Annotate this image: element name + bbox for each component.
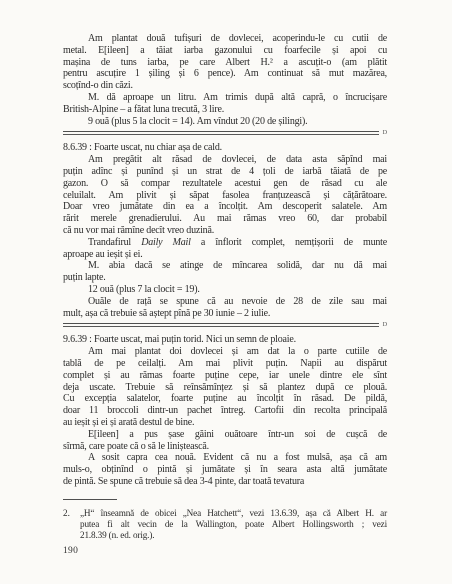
text-span: 8.6.39 : Foarte uscat, nu chiar așa de c… (63, 142, 222, 153)
section-divider: D (63, 130, 387, 136)
text-line: 2.„H“ înseamnă de obicei „Nea Hatchett“,… (80, 508, 387, 519)
text-span: doar 11 broccoli dintr-un pachet întreg.… (63, 405, 387, 416)
entry-heading: 8.6.39 : Foarte uscat, nu chiar așa de c… (63, 142, 387, 154)
divider-mark: D (383, 322, 388, 328)
section-divider: D (63, 322, 387, 328)
text-line: complet și au rămas foarte puține cepe, … (63, 370, 387, 382)
text-span: au ieșit și ei și arată destul de bine. (63, 417, 194, 428)
text-line: tablă de pe ceilalți. Am mai plivit puți… (63, 358, 387, 370)
page-number: 190 (63, 546, 78, 556)
text-line: Trandafirul Daily Mail a înflorit comple… (63, 237, 387, 249)
text-line: Am plantat două tufișuri de dovlecei, ac… (63, 33, 387, 45)
text-span: rărit merele grenadierului. Au mai rămas… (63, 213, 387, 224)
divider-line (63, 131, 379, 135)
text-span: deja uscate. Trebuie să reînsămînțez și … (63, 382, 387, 393)
text-line: că nu vor mai rămîne decît vreo duzină. (63, 225, 387, 237)
text-line: M. abia dacă se atinge de mîncarea solid… (63, 260, 387, 272)
text-line: celuilalt. Am plivit și săpat fasolea fr… (63, 190, 387, 202)
text-line: Ouăle de rață se spune că au nevoie de 2… (63, 296, 387, 308)
text-span: muls-o, obținînd o pintă și jumătate și … (63, 464, 387, 475)
text-line: gazon. O să compar rezultatele acestui g… (63, 178, 387, 190)
text-span: de pintă. Se spune că trebuie să dea 3-4… (63, 476, 304, 487)
italic-text: Daily Mail (141, 237, 191, 248)
text-line: putea fi alt vecin de la Wallington, poa… (80, 519, 387, 530)
text-line: de pintă. Se spune că trebuie să dea 3-4… (63, 476, 387, 488)
paragraph: A sosit capra cea nouă. Evident că nu a … (63, 452, 387, 487)
text-line: puțin lapte. (63, 272, 387, 284)
text-span: M. abia dacă se atinge de mîncarea solid… (88, 260, 387, 271)
text-span: Am mai plantat doi dovlecei și am dat la… (88, 346, 387, 357)
text-line: pentru ascuțire 1 șiling și 6 pence). Am… (63, 68, 387, 80)
text-line: 9.6.39 : Foarte uscat, mai puțin torid. … (63, 334, 387, 346)
text-line: Am mai plantat doi dovlecei și am dat la… (63, 346, 387, 358)
text-line: aproape au ieșit și ei. (63, 249, 387, 261)
divider-mark: D (383, 130, 388, 136)
text-span: 9.6.39 : Foarte uscat, mai puțin torid. … (63, 334, 296, 345)
footnote-number: 2. (63, 508, 70, 519)
text-line: sîrmă, care poate că o să le liniștească… (63, 441, 387, 453)
paragraph: M. dă aproape un litru. Am trimis după a… (63, 92, 387, 116)
text-span: că nu vor mai rămîne decît vreo duzină. (63, 225, 214, 236)
text-span: 12 ouă (plus 7 la clocit = 19). (88, 284, 200, 295)
text-line: rărit merele grenadierului. Au mai rămas… (63, 213, 387, 225)
text-span: scoțînd-o din căzi. (63, 80, 133, 91)
text-line: E[ileen] a pus șase găini ouătoare într-… (63, 429, 387, 441)
text-span: metal. E[ileen] a tăiat iarba gazonului … (63, 45, 387, 56)
text-line: muls-o, obținînd o pintă și jumătate și … (63, 464, 387, 476)
text-span: M. dă aproape un litru. Am trimis după a… (88, 92, 387, 103)
text-line: puțin adînc și punînd și un strat de 4 ț… (63, 166, 387, 178)
text-span: „H“ înseamnă de obicei „Nea Hatchett“, v… (80, 508, 387, 518)
text-line: M. dă aproape un litru. Am trimis după a… (63, 92, 387, 104)
text-line: metal. E[ileen] a tăiat iarba gazonului … (63, 45, 387, 57)
book-page: Am plantat două tufișuri de dovlecei, ac… (0, 0, 452, 584)
paragraph: E[ileen] a pus șase găini ouătoare într-… (63, 429, 387, 453)
text-line: 9 ouă (plus 5 la clocit = 14). Am vîndut… (63, 116, 387, 128)
divider-line (63, 323, 379, 327)
text-span: 9 ouă (plus 5 la clocit = 14). Am vîndut… (88, 116, 307, 127)
text-line: A sosit capra cea nouă. Evident că nu a … (63, 452, 387, 464)
text-span: a înflorit complet, nemțișorii de munte (191, 237, 387, 248)
text-span: Ouăle de rață se spune că au nevoie de 2… (88, 296, 387, 307)
text-span: sîrmă, care poate că o să le liniștească… (63, 441, 209, 452)
footnote-divider (63, 499, 117, 500)
paragraph: 12 ouă (plus 7 la clocit = 19). (63, 284, 387, 296)
text-span: E[ileen] a pus șase găini ouătoare într-… (88, 429, 387, 440)
text-line: doar 11 broccoli dintr-un pachet întreg.… (63, 405, 387, 417)
paragraph: M. abia dacă se atinge de mîncarea solid… (63, 260, 387, 284)
text-span: gazon. O să compar rezultatele acestui g… (63, 178, 387, 189)
text-span: British-Alpine – a fătat luna trecută, 3… (63, 104, 224, 115)
text-span: A sosit capra cea nouă. Evident că nu a … (88, 452, 387, 463)
text-span: putea fi alt vecin de la Wallington, poa… (80, 519, 387, 529)
text-span: mult, așa că trebuie să aștept pînă pe 3… (63, 308, 270, 319)
text-span: pentru ascuțire 1 șiling și 6 pence). Am… (63, 68, 387, 79)
text-line: scoțînd-o din căzi. (63, 80, 387, 92)
text-span: mașina de tuns iarba, pe care Albert H.²… (63, 57, 387, 68)
text-span: Am plantat două tufișuri de dovlecei, ac… (88, 33, 387, 44)
text-line: Am pregătit alt răsad de dovlecei, de da… (63, 154, 387, 166)
paragraph: Am plantat două tufișuri de dovlecei, ac… (63, 33, 387, 92)
text-line: deja uscate. Trebuie să reînsămînțez și … (63, 382, 387, 394)
text-span: tablă de pe ceilalți. Am mai plivit puți… (63, 358, 387, 369)
text-line: 8.6.39 : Foarte uscat, nu chiar așa de c… (63, 142, 387, 154)
paragraph: 9 ouă (plus 5 la clocit = 14). Am vîndut… (63, 116, 387, 128)
text-span: aproape au ieșit și ei. (63, 249, 143, 260)
text-line: au ieșit și ei și arată destul de bine. (63, 417, 387, 429)
text-span: Am pregătit alt răsad de dovlecei, de da… (88, 154, 387, 165)
text-line: Cu excepția salatelor, foarte puține au … (63, 393, 387, 405)
text-column: Am plantat două tufișuri de dovlecei, ac… (63, 33, 387, 542)
text-line: mașina de tuns iarba, pe care Albert H.²… (63, 57, 387, 69)
entry-heading: 9.6.39 : Foarte uscat, mai puțin torid. … (63, 334, 387, 346)
paragraph: Trandafirul Daily Mail a înflorit comple… (63, 237, 387, 261)
text-line: mult, așa că trebuie să aștept pînă pe 3… (63, 308, 387, 320)
text-span: 21.8.39 (n. ed. orig.). (80, 530, 154, 540)
paragraph: Ouăle de rață se spune că au nevoie de 2… (63, 296, 387, 320)
text-line: British-Alpine – a fătat luna trecută, 3… (63, 104, 387, 116)
text-span: celuilalt. Am plivit și săpat fasolea fr… (63, 190, 387, 201)
text-span: Cu excepția salatelor, foarte puține au … (63, 393, 387, 404)
text-line: 21.8.39 (n. ed. orig.). (80, 530, 387, 541)
text-span: puțin adînc și punînd și un strat de 4 ț… (63, 166, 387, 177)
text-span: Doar vreo jumătate din ea a încolțit. Am… (63, 201, 387, 212)
paragraph: Am pregătit alt răsad de dovlecei, de da… (63, 154, 387, 237)
text-line: 12 ouă (plus 7 la clocit = 19). (63, 284, 387, 296)
text-line: Doar vreo jumătate din ea a încolțit. Am… (63, 201, 387, 213)
paragraph: Am mai plantat doi dovlecei și am dat la… (63, 346, 387, 429)
footnote: 2.„H“ înseamnă de obicei „Nea Hatchett“,… (63, 508, 387, 542)
text-span: complet și au rămas foarte puține cepe, … (63, 370, 387, 381)
text-span: puțin lapte. (63, 272, 106, 283)
text-span: Trandafirul (88, 237, 141, 248)
